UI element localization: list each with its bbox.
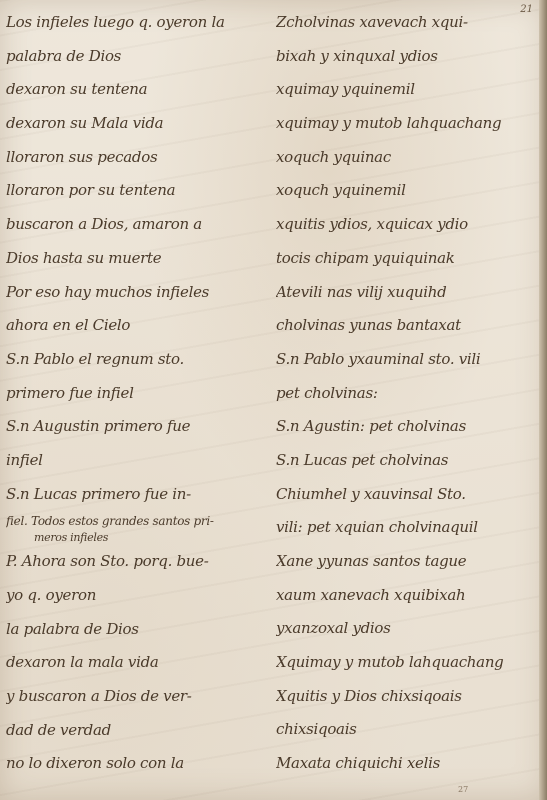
manuscript-page: 21 Los infieles luego q. oyeron la palab… [0,0,547,800]
text-line: no lo dixeron solo con la [6,747,274,781]
text-line: S.n Lucas primero fue in- [6,478,274,512]
text-line: Los infieles luego q. oyeron la [6,6,274,40]
indigenous-column: Zcholvinas xavevach xqui- bixah y xinqux… [276,6,538,781]
text-line: xquimay y mutob lahquachang [276,107,538,141]
text-line: lloraron sus pecados [6,141,274,175]
text-line: S.n Augustin primero fue [6,410,274,444]
text-line: dexaron su tentena [6,73,274,107]
text-line: primero fue infiel [6,377,274,411]
text-line: Xquimay y mutob lahquachang [276,646,538,680]
text-line: infiel [6,444,274,478]
text-line: xoquch yquinemil [276,174,538,208]
text-line: Por eso hay muchos infieles [6,276,274,310]
text-line: xquimay yquinemil [276,73,538,107]
bottom-page-mark: 27 [458,785,468,794]
text-line: cholvinas yunas bantaxat [276,309,538,343]
text-line: xquitis ydios, xquicax ydio [276,208,538,242]
text-line: tocis chipam yquiquinak [276,242,538,276]
text-line: lloraron por su tentena [6,174,274,208]
text-line: Atevili nas vilij xuquihd [276,276,538,310]
text-line: S.n Pablo yxauminal sto. vili [276,343,538,377]
text-line: Dios hasta su muerte [6,242,274,276]
text-line: vili: pet xquian cholvinaquil [276,511,538,545]
text-line: y buscaron a Dios de ver- [6,680,274,714]
text-line: dexaron su Mala vida [6,107,274,141]
text-line: bixah y xinquxal ydios [276,40,538,74]
text-line: Chiumhel y xauvinsal Sto. [276,478,538,512]
text-line: xaum xanevach xquibixah [276,579,538,613]
text-line: Maxata chiquichi xelis [276,747,538,781]
text-line: palabra de Dios [6,40,274,74]
text-line: Xane yyunas santos tague [276,545,538,579]
spanish-column: Los infieles luego q. oyeron la palabra … [6,6,274,781]
text-line: yxanzoxal ydios [276,612,538,646]
text-line: P. Ahora son Sto. porq. bue- [6,545,274,579]
text-line: chixsiqoais [276,713,538,747]
text-line: dad de verdad [6,714,274,748]
text-line: S.n Agustin: pet cholvinas [276,410,538,444]
text-line: yo q. oyeron [6,579,274,613]
text-line: Xquitis y Dios chixsiqoais [276,680,538,714]
text-line: S.n Lucas pet cholvinas [276,444,538,478]
text-line: la palabra de Dios [6,613,274,647]
interlinear-insertion: meros infieles [6,531,274,545]
text-line: fiel. Todos estos grandes santos pri- [6,511,274,531]
text-line: S.n Pablo el regnum sto. [6,343,274,377]
text-line: xoquch yquinac [276,141,538,175]
text-line: ahora en el Cielo [6,309,274,343]
page-edge [539,0,547,800]
text-line: dexaron la mala vida [6,646,274,680]
text-line: pet cholvinas: [276,377,538,411]
text-line: buscaron a Dios, amaron a [6,208,274,242]
text-line: Zcholvinas xavevach xqui- [276,6,538,40]
